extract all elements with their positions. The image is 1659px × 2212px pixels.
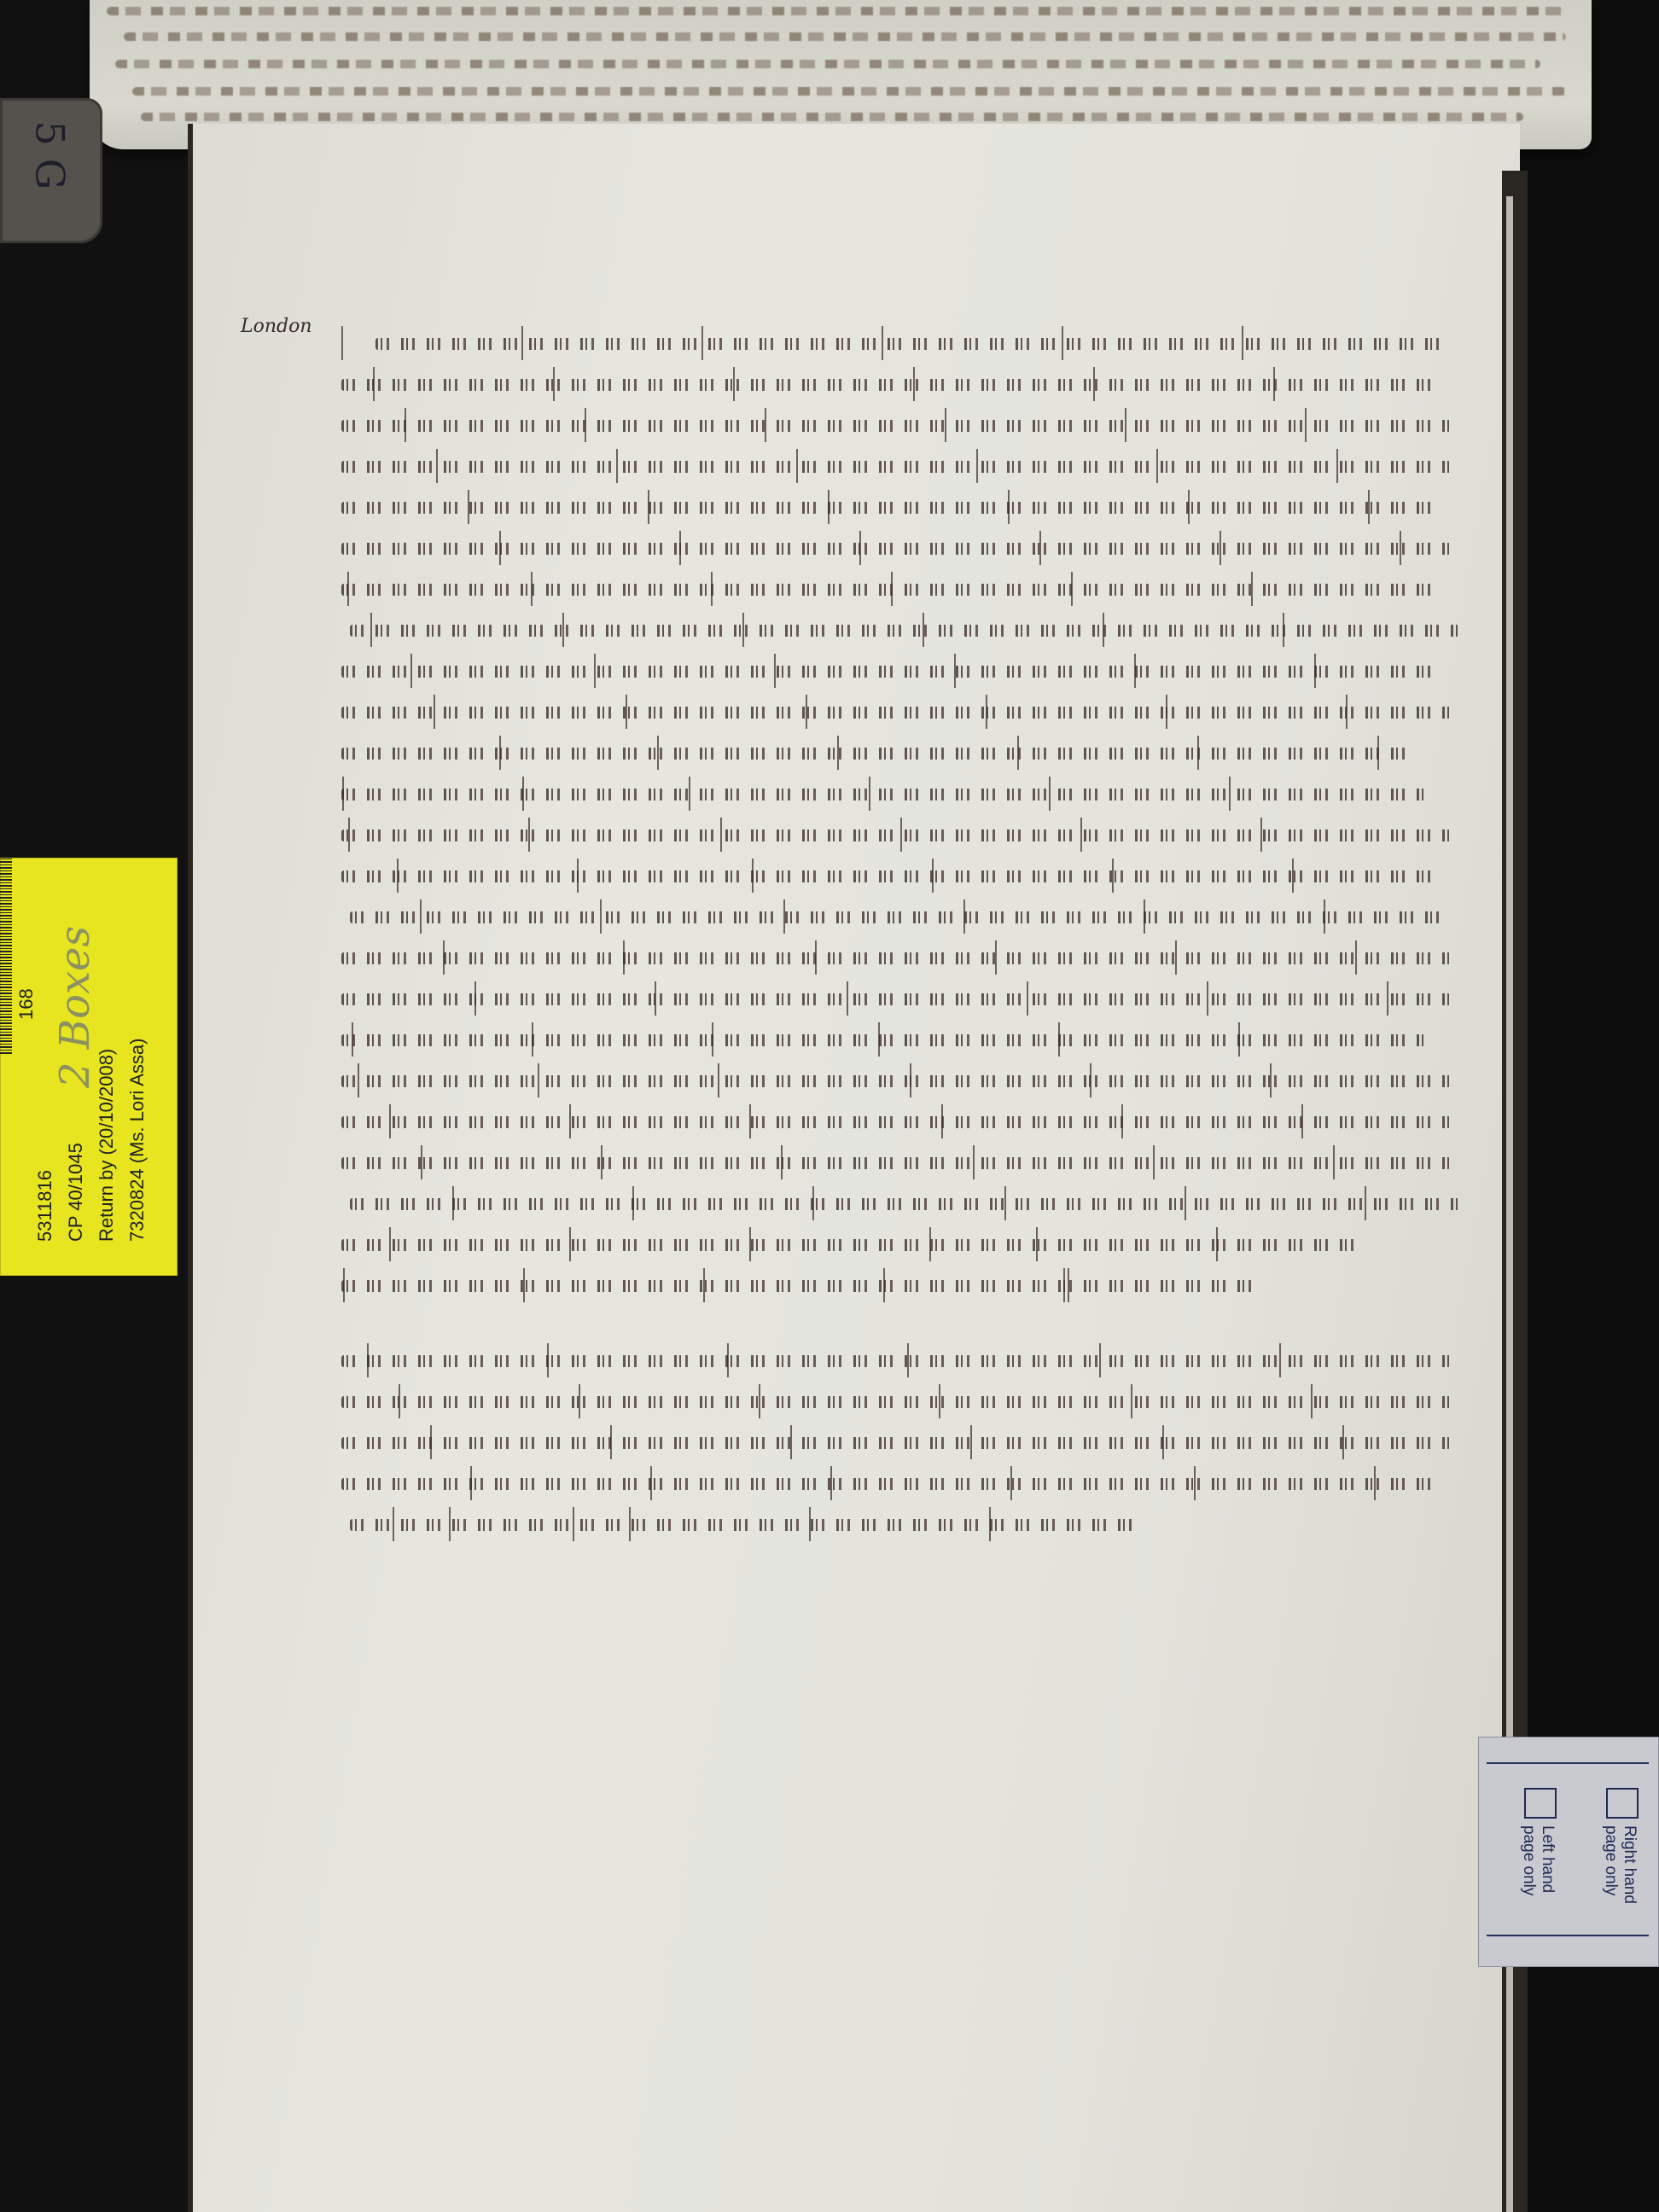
manuscript-text-line — [341, 611, 1485, 652]
manuscript-text-line — [341, 734, 1485, 775]
manuscript-text-line — [341, 488, 1485, 529]
manuscript-text-line — [341, 570, 1485, 611]
manuscript-text-line — [341, 324, 1485, 365]
option-label: page only — [1519, 1825, 1538, 1895]
manuscript-text-line — [341, 1062, 1485, 1103]
manuscript-text-line — [341, 447, 1485, 488]
manuscript-text-line — [341, 1423, 1485, 1464]
manuscript-text-line — [341, 775, 1485, 816]
slip-count: 168 — [15, 988, 38, 1020]
option-label: Right hand — [1620, 1825, 1639, 1904]
manuscript-text-line — [341, 1382, 1485, 1423]
manuscript-text-line — [341, 1505, 1485, 1546]
manuscript-text-line — [341, 693, 1485, 734]
manuscript-text-line — [341, 1342, 1485, 1382]
slip-reader: 7320824 (Ms. Lori Assa) — [126, 1039, 148, 1242]
manuscript-text-line — [341, 1185, 1485, 1225]
option-right-hand-page[interactable]: Right hand page only — [1601, 1788, 1639, 1904]
option-label: Left hand — [1538, 1825, 1557, 1895]
manuscript-text-line — [341, 1144, 1485, 1185]
folio-corner-tab: 5 G — [0, 98, 102, 243]
manuscript-text-line — [341, 529, 1485, 570]
manuscript-text-line — [341, 980, 1485, 1021]
margin-heading: London — [241, 316, 312, 337]
manuscript-text-line — [341, 1103, 1485, 1144]
slip-reference: CP 40/1045 — [65, 1143, 87, 1242]
manuscript-text-line — [341, 898, 1485, 939]
left-hand-checkbox[interactable] — [1524, 1788, 1557, 1819]
manuscript-text-line — [341, 857, 1485, 898]
option-left-hand-page[interactable]: Left hand page only — [1519, 1788, 1557, 1895]
manuscript-text-line — [341, 365, 1485, 406]
page-selection-tag: Right hand page only Left hand page only — [1478, 1737, 1659, 1967]
barcode — [0, 858, 12, 1054]
slip-order-number: 5311816 — [34, 1170, 56, 1242]
manuscript-text-line — [341, 1464, 1485, 1505]
manuscript-text-line — [341, 816, 1485, 857]
option-label: page only — [1601, 1825, 1620, 1904]
production-slip: 168 5311816 CP 40/1045 Return by (20/10/… — [0, 858, 178, 1276]
manuscript-text-line — [341, 1225, 1485, 1266]
manuscript-body-text — [341, 324, 1485, 1546]
pencil-marks: 5 G — [26, 121, 73, 190]
manuscript-text-line — [341, 652, 1485, 693]
slip-handwritten-note: 2 Boxes — [51, 926, 99, 1088]
manuscript-text-line — [341, 1266, 1485, 1307]
manuscript-text-line — [341, 406, 1485, 447]
manuscript-text-line — [341, 939, 1485, 980]
right-hand-checkbox[interactable] — [1606, 1788, 1639, 1819]
manuscript-text-line — [341, 1021, 1485, 1062]
